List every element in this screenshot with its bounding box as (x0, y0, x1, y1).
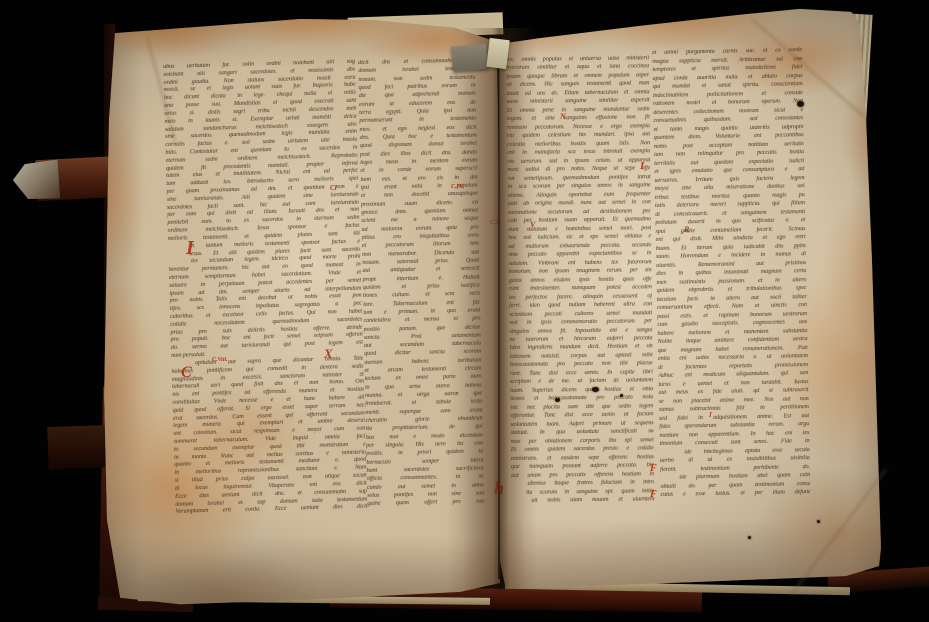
manuscript-text-line: eni in manufacta sca iesus introiuit exe… (507, 149, 650, 157)
manuscript-text-line: fierent. testimonium perhibente do. (660, 464, 810, 473)
strap-clasp-tip (12, 159, 61, 201)
manuscript-text-line: post dies illos dicit dns. dando (360, 149, 477, 158)
manuscript-text-line: celestia melioribus hostiis quam istis. … (507, 140, 650, 148)
rubric-initial: N (560, 113, 566, 121)
manuscript-text-line: uit nobis uiam nouam et uiuentem (511, 496, 654, 504)
manuscript-text-line: bant sacerdotes sacrificioru (367, 466, 484, 475)
manuscript-text-line: di conculcauerit. et sanguinem testament… (655, 209, 805, 218)
manuscript-text-line: magna supplicia meruit. Arbitramur sui c… (652, 56, 802, 65)
manuscript-text-line: et arcam testamenti circum (364, 366, 481, 375)
manuscript-photo: ubus ueritatum fur. solin ordini noleban… (0, 0, 929, 622)
manuscript-text-line: conuersantium effecti. Nam et uinctis co… (657, 302, 807, 311)
manuscript-text-line: scientiam peccati cultores semel mundati (509, 310, 652, 318)
manuscript-text-line: Adhuc eni modicum aliquantulum. qui uen (658, 370, 808, 379)
manuscript-text-line: aut unam pro peccatis offerens hostiam i… (511, 471, 654, 479)
manuscript-text-line: eorum ut educerem eos de (359, 99, 476, 108)
rubric-initial: C (181, 365, 192, 381)
manuscript-text-line: in qua urna aurea habens (365, 382, 482, 391)
manuscript-text-line: isti. nec placita sunt tibi que sedm leg… (510, 403, 653, 411)
manuscript-text-line: nobis post acceptam notitiam ueritatis (654, 141, 804, 150)
manuscript-text-line: legem. et sine sanguinis effusione non f… (507, 115, 650, 123)
manuscript-text-line: rationem nostri et bonorum operum. Non (653, 98, 803, 107)
manuscript-text-line: apud corda auaritia mala. et ablato corp… (652, 73, 802, 82)
rubric-initial: C.Viii. (212, 357, 228, 363)
parchment-hole (748, 536, 751, 539)
manuscript-text-line: aut secundum tabernaculu (364, 341, 481, 350)
manuscript-text-line: deserentes collectionem nostram sicut e (653, 107, 803, 116)
manuscript-text-line: pollutum duxerit in quo scificatus e. et (655, 217, 805, 226)
manuscript-text-line: ad multorum exhaurienda peccata. secundo (508, 242, 651, 250)
manuscript-text-line: positio panum. que dicitur (364, 324, 481, 333)
manuscript-text-line: salutem. Vmbram eni habens lex futurorum (508, 259, 651, 267)
manuscript-text-line: candelabra et mensa et pro (363, 316, 480, 325)
manuscript-text-line: aut antiquatur et senescit (362, 266, 479, 275)
manuscript-text-line: offeruntur. Tunc dixi ecce uenio ut faci… (510, 412, 653, 420)
manuscript-text-line: spui gratie contumeliam fecerit. Scimus (655, 226, 805, 235)
manuscript-text-line: buam. Et iterum quia iudicabit dns pplm (656, 243, 806, 252)
parchment-hole (620, 394, 623, 397)
manuscript-text-line: moysi sine ulla miseratione duobus uel (655, 183, 805, 192)
manuscript-text-line: proximum suum dicens. co (361, 199, 478, 208)
manuscript-text-line: per singula. His uero ita con (366, 441, 483, 450)
manuscript-text-line: cundo aut semel in anno (367, 482, 484, 491)
manuscript-text-line: leges meas in mentem eorum (360, 157, 477, 166)
manuscript-text-line: quantem diem. Voluntarie eni peccantibus (654, 132, 804, 141)
manuscript-text-line: eni qui dixit. Mihi uindicta et ego retr… (656, 234, 806, 243)
manuscript-text-line: tiones culture. et scm secu (363, 291, 480, 300)
manuscript-text-line: mus per oblationem corporis ihu xpi seme… (511, 437, 654, 445)
bookmark-tab-left (451, 44, 488, 72)
bookmark-tab-right (486, 38, 509, 69)
manuscript-text-line: et peccatorum illorum iam (362, 241, 479, 250)
manuscript-text-line: scient me a minore usque (361, 216, 478, 225)
manuscript-text-line: itu scorum in sanguine xpi. quam initia (511, 488, 654, 496)
manuscript-text-line: pati ab origine mundi. nunc aut semel in… (508, 199, 651, 207)
right-page-column-2: et animi purgamenta carnis sue. et ex co… (652, 47, 811, 499)
manuscript-text-line: statuat. In qua uoluntate sanctificati s… (511, 429, 654, 437)
manuscript-text-line: pitius ero iniquitatibus eoru (362, 232, 479, 241)
manuscript-text-line: tuam. Superius dicens quia hostias et ob… (510, 386, 653, 394)
manuscript-text-line: habere meliorem et manentem substantia (657, 328, 807, 337)
manuscript-text-line: obtulit do. per quam testimonium conse (660, 481, 810, 490)
rubric-initial: I (186, 238, 194, 258)
manuscript-text-line: uersarios. Irritam quis faciens legem (654, 175, 804, 184)
manuscript-text-line: menti. superque eam erant (365, 407, 482, 416)
manuscript-text-line: dauit ad uos ds. Etiam tabernaculum et o… (506, 89, 649, 97)
manuscript-text-line: ria quidem celestium his mundari. ipsa a… (507, 132, 650, 140)
manuscript-text-line: rat semetipsum. quemadmodum pontifex int… (507, 174, 650, 182)
manuscript-text-line: et ignis emulatio que consumptura e ad (654, 166, 804, 175)
manuscript-text-line: tum e primum. in quo erant (363, 307, 480, 316)
parchment-hole (797, 101, 804, 107)
rubric-initial: F (650, 490, 657, 500)
manuscript-text-line: entia eni uobis necessaria e. ut uolunta… (658, 353, 808, 362)
manuscript-text-line: dns. Quia hoc e testamentum (360, 132, 477, 141)
manuscript-text-line: consuetudinis quibusdam. sed consolantes (653, 115, 803, 124)
rubric-initial: R (684, 226, 689, 234)
manuscript-text-line: et tanto magis quanto uideritis adpropin (653, 124, 803, 133)
manuscript-text-line: gulos annos eisdem ipsis hostiis quas of… (509, 276, 652, 284)
manuscript-text-line: sumus subtractionis filii in perditionem (659, 404, 809, 413)
rubric-initial: X (324, 347, 333, 360)
manuscript-text-line: tes perfectos facere. alioquin cessassen… (509, 293, 652, 301)
manuscript-text-line: in sca scorum per singulos annos in sang… (508, 183, 651, 191)
manuscript-text-line: di facientes reportetis promissionem (658, 362, 808, 371)
manuscript-text-line: bonorum. non ipsam imaginem rerum. per s… (509, 267, 652, 275)
manuscript-text-line: terribilis aut quedam expectatio iudicii (654, 158, 804, 167)
manuscript-text-line: passi estis. et rapinam bonorum uestroru… (657, 311, 807, 320)
manuscript-text-line: uoluntatem tuam. Aufert primum ut sequen… (510, 420, 653, 428)
parchment-hole (555, 398, 560, 402)
manuscript-text-line: taculum facti. in altero aut socii talit… (657, 294, 807, 303)
manuscript-text-line: lex. omnis populus et uniuersa uasa mini… (506, 55, 649, 63)
manuscript-text-line: bernaculo semper introi (366, 457, 483, 466)
manuscript-text-line: indeclinabilem pollicitationem et consid… (653, 90, 803, 99)
manuscript-text-line: iam non relinquitur pro peccatis hostia (654, 149, 804, 158)
manuscript-text-line: gnosce dnm. quoniam omnes (361, 207, 478, 216)
manuscript-text-line: ipsum quoque librum et omnem populum asp… (506, 72, 649, 80)
manuscript-text-line: lare. Tabernaculum eni fac (363, 299, 480, 308)
manuscript-text-line: lationem noluisti. corpus aut aptasti mi… (510, 352, 653, 360)
manuscript-text-line: abemus itaque fratres fiduciam in intro (511, 479, 654, 487)
left-page-column-1: ubus ueritatum fur. solin ordini noleban… (163, 59, 368, 516)
manuscript-text-line: que magnam habet remunerationem. Pati (658, 345, 808, 354)
manuscript-text-line: que numquam possunt auferre peccata. hic (511, 462, 654, 470)
rubric-initial: V (530, 221, 535, 229)
manuscript-text-line: quidem obprobriis et tribulationibus spe… (657, 285, 807, 294)
manuscript-text-line: terra egypti. Quia ipsi non (359, 108, 476, 117)
manuscript-text-line: officia consummantes. in se (367, 474, 484, 483)
parchment-hole (817, 520, 820, 523)
manuscript-text-line: suum. Horrendum e incidere in manus di (656, 251, 806, 260)
manuscript-text-line: tribus testibus moritur. quanto magis pu (655, 192, 805, 201)
manuscript-text-line: mentum non apparentium. In hac eni tes (659, 430, 809, 439)
manuscript-text-line: dies in quibus inluminati magnum certa (656, 268, 806, 277)
manuscript-text-line: bam eas. et ero eis in dm (360, 174, 477, 183)
manuscript-text-line: ministrans. et easdem sepe offerens host… (511, 454, 654, 462)
rubric-initial: Cl (330, 185, 337, 192)
manuscript-text-line: Et omnis quidem sacerdos presto e cotidi… (511, 446, 654, 454)
manuscript-text-line: uiuentis. Rememoramini aut pristinos (656, 260, 806, 269)
manuscript-text-line: qui mundat et sanat spiritu. conscientia… (653, 81, 803, 90)
manuscript-text-line: solus pontifex non sine san (367, 491, 484, 500)
rubric-initial: C.IX. (451, 184, 464, 190)
manuscript-text-line: non memorabor. Dicendo aut (362, 249, 479, 258)
manuscript-text-line: ne taurorum et hircorum auferri peccata (509, 335, 652, 343)
manuscript-text-line: Ideo ingrediens mundum dicit. Hostiam et… (510, 344, 653, 352)
manuscript-text-line: timonium consecuti sunt senes. Fide in (660, 438, 810, 447)
rubric-initial: h (494, 479, 504, 497)
manuscript-text-line: ad maiorem eorum. quia pro (361, 224, 478, 233)
manuscript-text-line: sed in ipsis commemoratio peccatorum per (509, 318, 652, 326)
manuscript-text-line: singulos annos fit. Inpossibile eni e sa… (509, 327, 652, 335)
manuscript-text-line: ide intellegimus aptata esse secula (660, 447, 810, 456)
manuscript-text-line: ferri. ideo quod nullam haberent ultra c… (509, 301, 652, 309)
manuscript-text-line: et non docebit unusquisque (361, 191, 478, 200)
manuscript-text-line: sed fidei in adquisitionem anime. Est au… (659, 413, 809, 422)
manuscript-text-line: hoc aut iudicium. sic et xps semel oblat… (508, 233, 651, 241)
manuscript-text-line: tia propitiatorium. de qui (366, 424, 483, 433)
manuscript-text-line: die qua adprehendi manum (359, 91, 476, 100)
manuscript-text-line: remissio peccatorum. Necesse e ergo exem… (507, 123, 650, 131)
manuscript-text-line: bus non e modo dicendum (366, 432, 483, 441)
manuscript-text-line: holocaustomata pro peccato non tibi plac… (510, 361, 653, 369)
manuscript-text-line: cum gaudio suscepistis. cognoscentes uos (657, 319, 807, 328)
manuscript-text-line: tiones et holocaustomata pro peccato nol… (510, 395, 653, 403)
manuscript-text-line: quod disponam domui israhel (360, 141, 477, 150)
right-page-column-1: lex. omnis populus et uniuersa uasa mini… (506, 55, 654, 505)
manuscript-text-line: uasa ministerii sanguine similiter asper… (507, 98, 650, 106)
manuscript-text-line: nouum. non sedm testamentu (358, 74, 475, 83)
manuscript-text-line: fides sperandarum substantia rerum. argu (659, 421, 809, 430)
manuscript-text-line: runt. Tunc dixi ecce uenio. In capite li… (510, 369, 653, 377)
manuscript-text-line: aut meus ex fide uiuit. qd si subtraxeri… (659, 387, 809, 396)
manuscript-text-line: cherubin glorie obumbran (365, 416, 482, 425)
manuscript-text-line: hyrcorum similiter et aqua et lana cocci… (506, 64, 649, 72)
manuscript-text-line: quod feci patribus eorum in (359, 83, 476, 92)
manuscript-text-line: temptores et spiritus maledictione fidei (652, 64, 802, 73)
rubric-initial: I (709, 412, 712, 419)
manuscript-text-line: summatione seculorum ad destitutionem pe… (508, 208, 651, 216)
manuscript-text-line: turus e ueniet et non tardabit. Iustus (658, 379, 808, 388)
rubric-initial: C.X. (490, 220, 501, 226)
manuscript-text-line: se non placebit anime mee. Nos aut non (659, 396, 809, 405)
manuscript-text-line: uerbo di ut ex inuisibilibus uisibilia (660, 455, 810, 464)
parchment-hole (592, 387, 599, 392)
manuscript-text-line: alieno. Alioquin oportebat eum frequente… (508, 191, 651, 199)
manuscript-text-line: nunc uultui di pro nobis. Neque ut sepe … (507, 166, 650, 174)
manuscript-text-line: manna. et uirga aaron que (365, 391, 482, 400)
manuscript-text-line: tectam ex omni parte auro (365, 374, 482, 383)
manuscript-text-line: ria uerorum. sed in ipsum celum. ut appa… (507, 157, 650, 165)
leather-strap-bottom (47, 425, 114, 469)
manuscript-text-line: nouum. ueterauit prius. Quod (362, 257, 479, 266)
rubric-initial: F (650, 464, 657, 474)
manuscript-text-line: positis. in priori quidem ta (366, 449, 483, 458)
manuscript-text-line: quidem et prius iustifica (363, 282, 480, 291)
manuscript-text-line: permanserunt in testamento (359, 116, 476, 125)
manuscript-text-line: Nolite itaque amittere confidentiam uest… (658, 336, 808, 345)
manuscript-text-line: fronduerat. et tabule testa (365, 399, 482, 408)
manuscript-text-line: prope interitum e. Habuit (363, 274, 480, 283)
manuscript-text-line: tatis deteriora mereri supplicia. qui fi… (655, 200, 805, 209)
manuscript-text-line: ide plurimam hostiam abel quam cain (660, 472, 810, 481)
manuscript-text-line: quod dicitur sancta scorum (364, 349, 481, 358)
manuscript-text-line: runt indesinenter. numquam potest accede… (509, 284, 652, 292)
manuscript-text-line: sine peccato apparebit expectantibus se … (508, 250, 651, 258)
manuscript-text-line: sancta. Post uelamentum (364, 332, 481, 341)
manuscript-text-line: Et omnia pene in sanguine mundantur sedm (507, 106, 650, 114)
manuscript-text-line: sit dicens. Hic sanguis testamenti quod … (506, 81, 649, 89)
manuscript-text-line: meo. et ego neglexi eos dicit (359, 124, 476, 133)
left-page-column-2: dicit dns et consummabo supdomum israhel… (358, 58, 484, 508)
manuscript-text-line: et in corde eorum superscri (360, 166, 477, 175)
manuscript-text-line: men sustinuistis passionum. et in altero (656, 277, 806, 286)
manuscript-text-line: aureum habens turibulum (364, 357, 481, 366)
rubric-initial: I (640, 161, 644, 172)
manuscript-text-line: scriptum e de me. ut faciam ds uoluntate… (510, 378, 653, 386)
